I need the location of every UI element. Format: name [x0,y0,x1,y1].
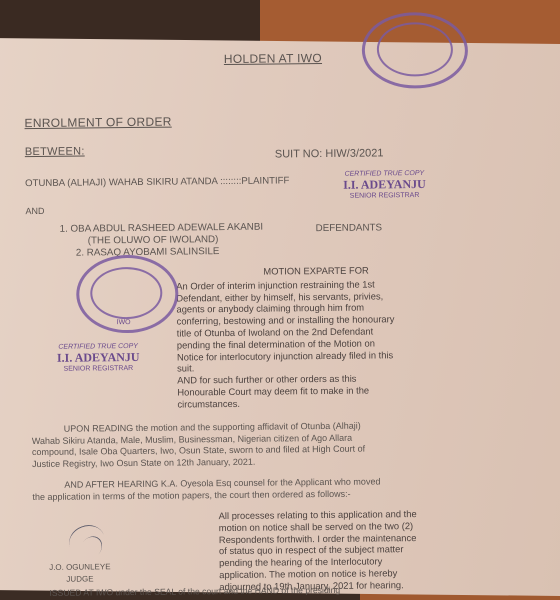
after-hearing-section: AND AFTER HEARING K.A. Oyesola Esq couns… [32,475,532,503]
certified-stamp-left: CERTIFIED TRUE COPY I.I. ADEYANJU SENIOR… [57,343,140,373]
document-page: HOLDEN AT IWO ENROLMENT OF ORDER BETWEEN… [0,38,560,596]
motion-heading: MOTION EXPARTE FOR [176,264,456,279]
plaintiff-line: OTUNBA (ALHAJI) WAHAB SIKIRU ATANDA ::::… [25,175,289,189]
between-label: BETWEEN: [25,145,85,158]
order-section: All processes relating to this applicati… [219,507,500,593]
registrar-name: I.I. ADEYANJU [343,177,426,193]
and-label: AND [25,206,44,218]
defendant-2: 2. RASAQ AYOBAMI SALINSILE [76,246,220,259]
upon-reading-section: UPON READING the motion and the supporti… [32,419,532,470]
dark-wood-background [0,0,300,44]
court-line: HOLDEN AT IWO [224,51,322,66]
suit-number: SUIT NO: HIW/3/2021 [275,148,384,161]
defendants-label: DEFENDANTS [316,222,383,234]
court-seal-top-inner [377,22,454,77]
registrar-name: I.I. ADEYANJU [57,350,140,366]
registrar-title: SENIOR REGISTRAR [343,192,426,200]
motion-line: circumstances. [177,395,457,410]
signature-block: J.O. OGUNLEYE JUDGE [49,561,111,585]
certified-stamp-top: CERTIFIED TRUE COPY I.I. ADEYANJU SENIOR… [343,170,426,200]
defendant-1: 1. OBA ABDUL RASHEED ADEWALE AKANBI [60,222,264,236]
motion-section: MOTION EXPARTE FOR An Order of interim i… [176,264,457,410]
defendant-1-title: (THE OLUWO OF IWOLAND) [88,234,219,247]
registrar-title: SENIOR REGISTRAR [57,365,140,373]
enrolment-title: ENROLMENT OF ORDER [24,115,171,131]
judge-name: J.O. OGUNLEYE [49,561,110,573]
judge-title: JUDGE [49,573,110,585]
seal-label: IWO [117,319,131,326]
